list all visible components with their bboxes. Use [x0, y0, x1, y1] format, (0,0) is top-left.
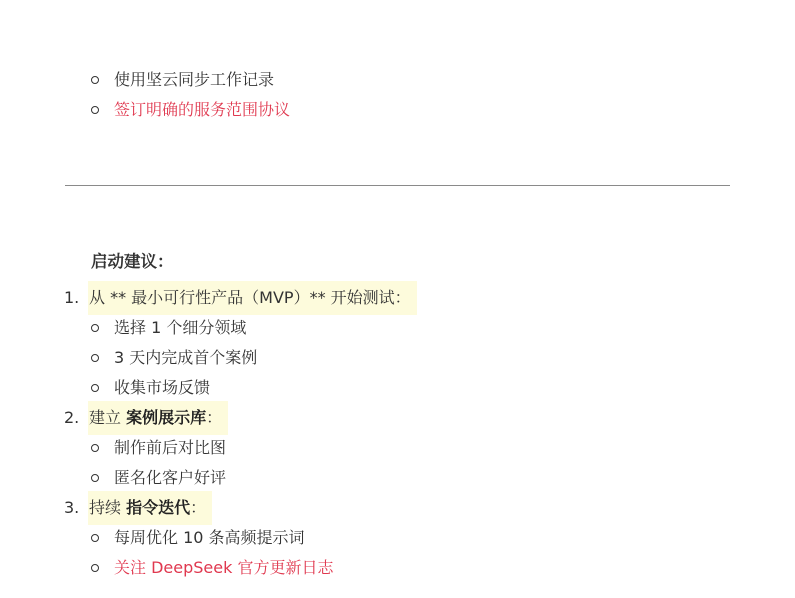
list-item-text: 使用坚云同步工作记录: [114, 65, 274, 95]
list-item-text: 收集市场反馈: [114, 373, 210, 403]
hollow-bullet-icon: [91, 534, 99, 542]
ordered-list-item-3: 3. 持续 指令迭代：: [64, 493, 212, 523]
list-item-text: 匿名化客户好评: [114, 463, 226, 493]
step-bold-text: 指令迭代: [126, 498, 190, 517]
step-text: 从 ** 最小可行性产品（MVP）** 开始测试：: [89, 288, 411, 307]
hollow-bullet-icon: [91, 444, 99, 452]
section-heading: 启动建议：: [91, 248, 174, 272]
list-item: 制作前后对比图: [90, 433, 226, 463]
step-text: 持续: [89, 498, 126, 517]
list-number: 3.: [64, 493, 88, 523]
highlighted-step-text: 持续 指令迭代：: [88, 491, 212, 525]
horizontal-divider: [65, 185, 730, 186]
top-bullet-list: 使用坚云同步工作记录 签订明确的服务范围协议: [90, 65, 290, 125]
hollow-bullet-icon: [91, 564, 99, 572]
list-item: 每周优化 10 条高频提示词: [90, 523, 333, 553]
step-text: 建立: [89, 408, 126, 427]
list-item: 使用坚云同步工作记录: [90, 65, 290, 95]
hollow-bullet-icon: [91, 76, 99, 84]
step-bold-text: 案例展示库: [126, 408, 206, 427]
hollow-bullet-icon: [91, 354, 99, 362]
list-number: 1.: [64, 283, 88, 313]
list-item: 关注 DeepSeek 官方更新日志: [90, 553, 333, 583]
list-item: 选择 1 个细分领域: [90, 313, 257, 343]
hollow-bullet-icon: [91, 106, 99, 114]
list-item-text: 制作前后对比图: [114, 433, 226, 463]
ordered-list-item-1: 1. 从 ** 最小可行性产品（MVP）** 开始测试：: [64, 283, 417, 313]
step-suffix: ：: [206, 408, 222, 427]
ordered-list-item-2: 2. 建立 案例展示库：: [64, 403, 228, 433]
list-number: 2.: [64, 403, 88, 433]
list-item-text: 3 天内完成首个案例: [114, 343, 257, 373]
step-3-sub-list: 每周优化 10 条高频提示词 关注 DeepSeek 官方更新日志: [90, 523, 333, 583]
step-1-sub-list: 选择 1 个细分领域 3 天内完成首个案例 收集市场反馈: [90, 313, 257, 403]
hollow-bullet-icon: [91, 474, 99, 482]
list-item: 签订明确的服务范围协议: [90, 95, 290, 125]
hollow-bullet-icon: [91, 324, 99, 332]
list-item-text-highlighted: 关注 DeepSeek 官方更新日志: [114, 553, 333, 583]
list-item-text-highlighted: 签订明确的服务范围协议: [114, 95, 290, 125]
list-item-text: 选择 1 个细分领域: [114, 313, 246, 343]
step-suffix: ：: [190, 498, 206, 517]
list-item: 收集市场反馈: [90, 373, 257, 403]
list-item: 匿名化客户好评: [90, 463, 226, 493]
list-item-text: 每周优化 10 条高频提示词: [114, 523, 305, 553]
step-2-sub-list: 制作前后对比图 匿名化客户好评: [90, 433, 226, 493]
highlighted-step-text: 从 ** 最小可行性产品（MVP）** 开始测试：: [88, 281, 417, 315]
hollow-bullet-icon: [91, 384, 99, 392]
highlighted-step-text: 建立 案例展示库：: [88, 401, 228, 435]
list-item: 3 天内完成首个案例: [90, 343, 257, 373]
